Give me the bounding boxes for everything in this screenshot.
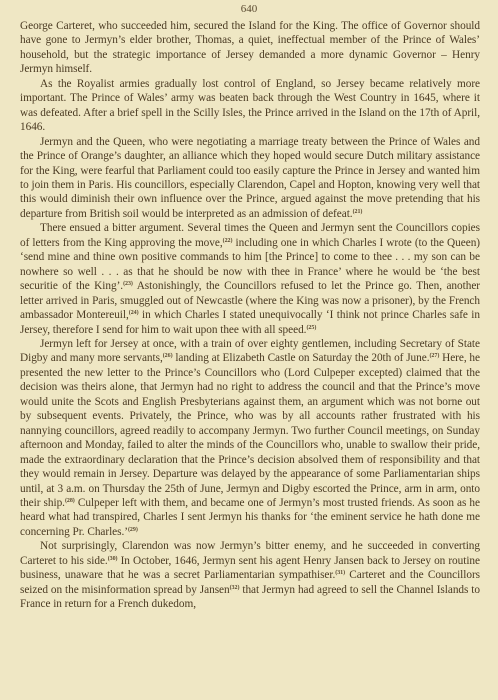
paragraph: George Carteret, who succeeded him, secu…	[20, 19, 480, 77]
body-text: George Carteret, who succeeded him, secu…	[20, 19, 480, 612]
text-segment: Jermyn and the Queen, who were negotiati…	[20, 136, 480, 220]
text-segment: Culpeper left with them, and became one …	[20, 497, 480, 538]
paragraph: As the Royalist armies gradually lost co…	[20, 77, 480, 135]
text-segment: As the Royalist armies gradually lost co…	[20, 78, 480, 133]
book-page: 640 George Carteret, who succeeded him, …	[0, 0, 498, 700]
footnote-marker: (32)	[230, 585, 240, 591]
footnote-marker: (29)	[128, 527, 138, 533]
page-number: 640	[0, 3, 498, 15]
footnote-marker: (27)	[429, 353, 439, 359]
footnote-marker: (21)	[353, 209, 363, 215]
footnote-marker: (31)	[335, 570, 345, 576]
footnote-marker: (25)	[306, 325, 316, 331]
paragraph: Not surprisingly, Clarendon was now Jerm…	[20, 539, 480, 611]
footnote-marker: (28)	[65, 498, 75, 504]
paragraph: There ensued a bitter argument. Several …	[20, 221, 480, 337]
text-segment: landing at Elizabeth Castle on Saturday …	[173, 352, 430, 364]
text-segment: Here, he presented the new letter to the…	[20, 352, 480, 509]
footnote-marker: (30)	[108, 556, 118, 562]
footnote-marker: (23)	[123, 281, 133, 287]
paragraph: Jermyn left for Jersey at once, with a t…	[20, 337, 480, 539]
paragraph: Jermyn and the Queen, who were negotiati…	[20, 135, 480, 222]
footnote-marker: (26)	[163, 353, 173, 359]
text-segment: George Carteret, who succeeded him, secu…	[20, 20, 480, 75]
footnote-marker: (22)	[223, 238, 233, 244]
footnote-marker: (24)	[129, 310, 139, 316]
